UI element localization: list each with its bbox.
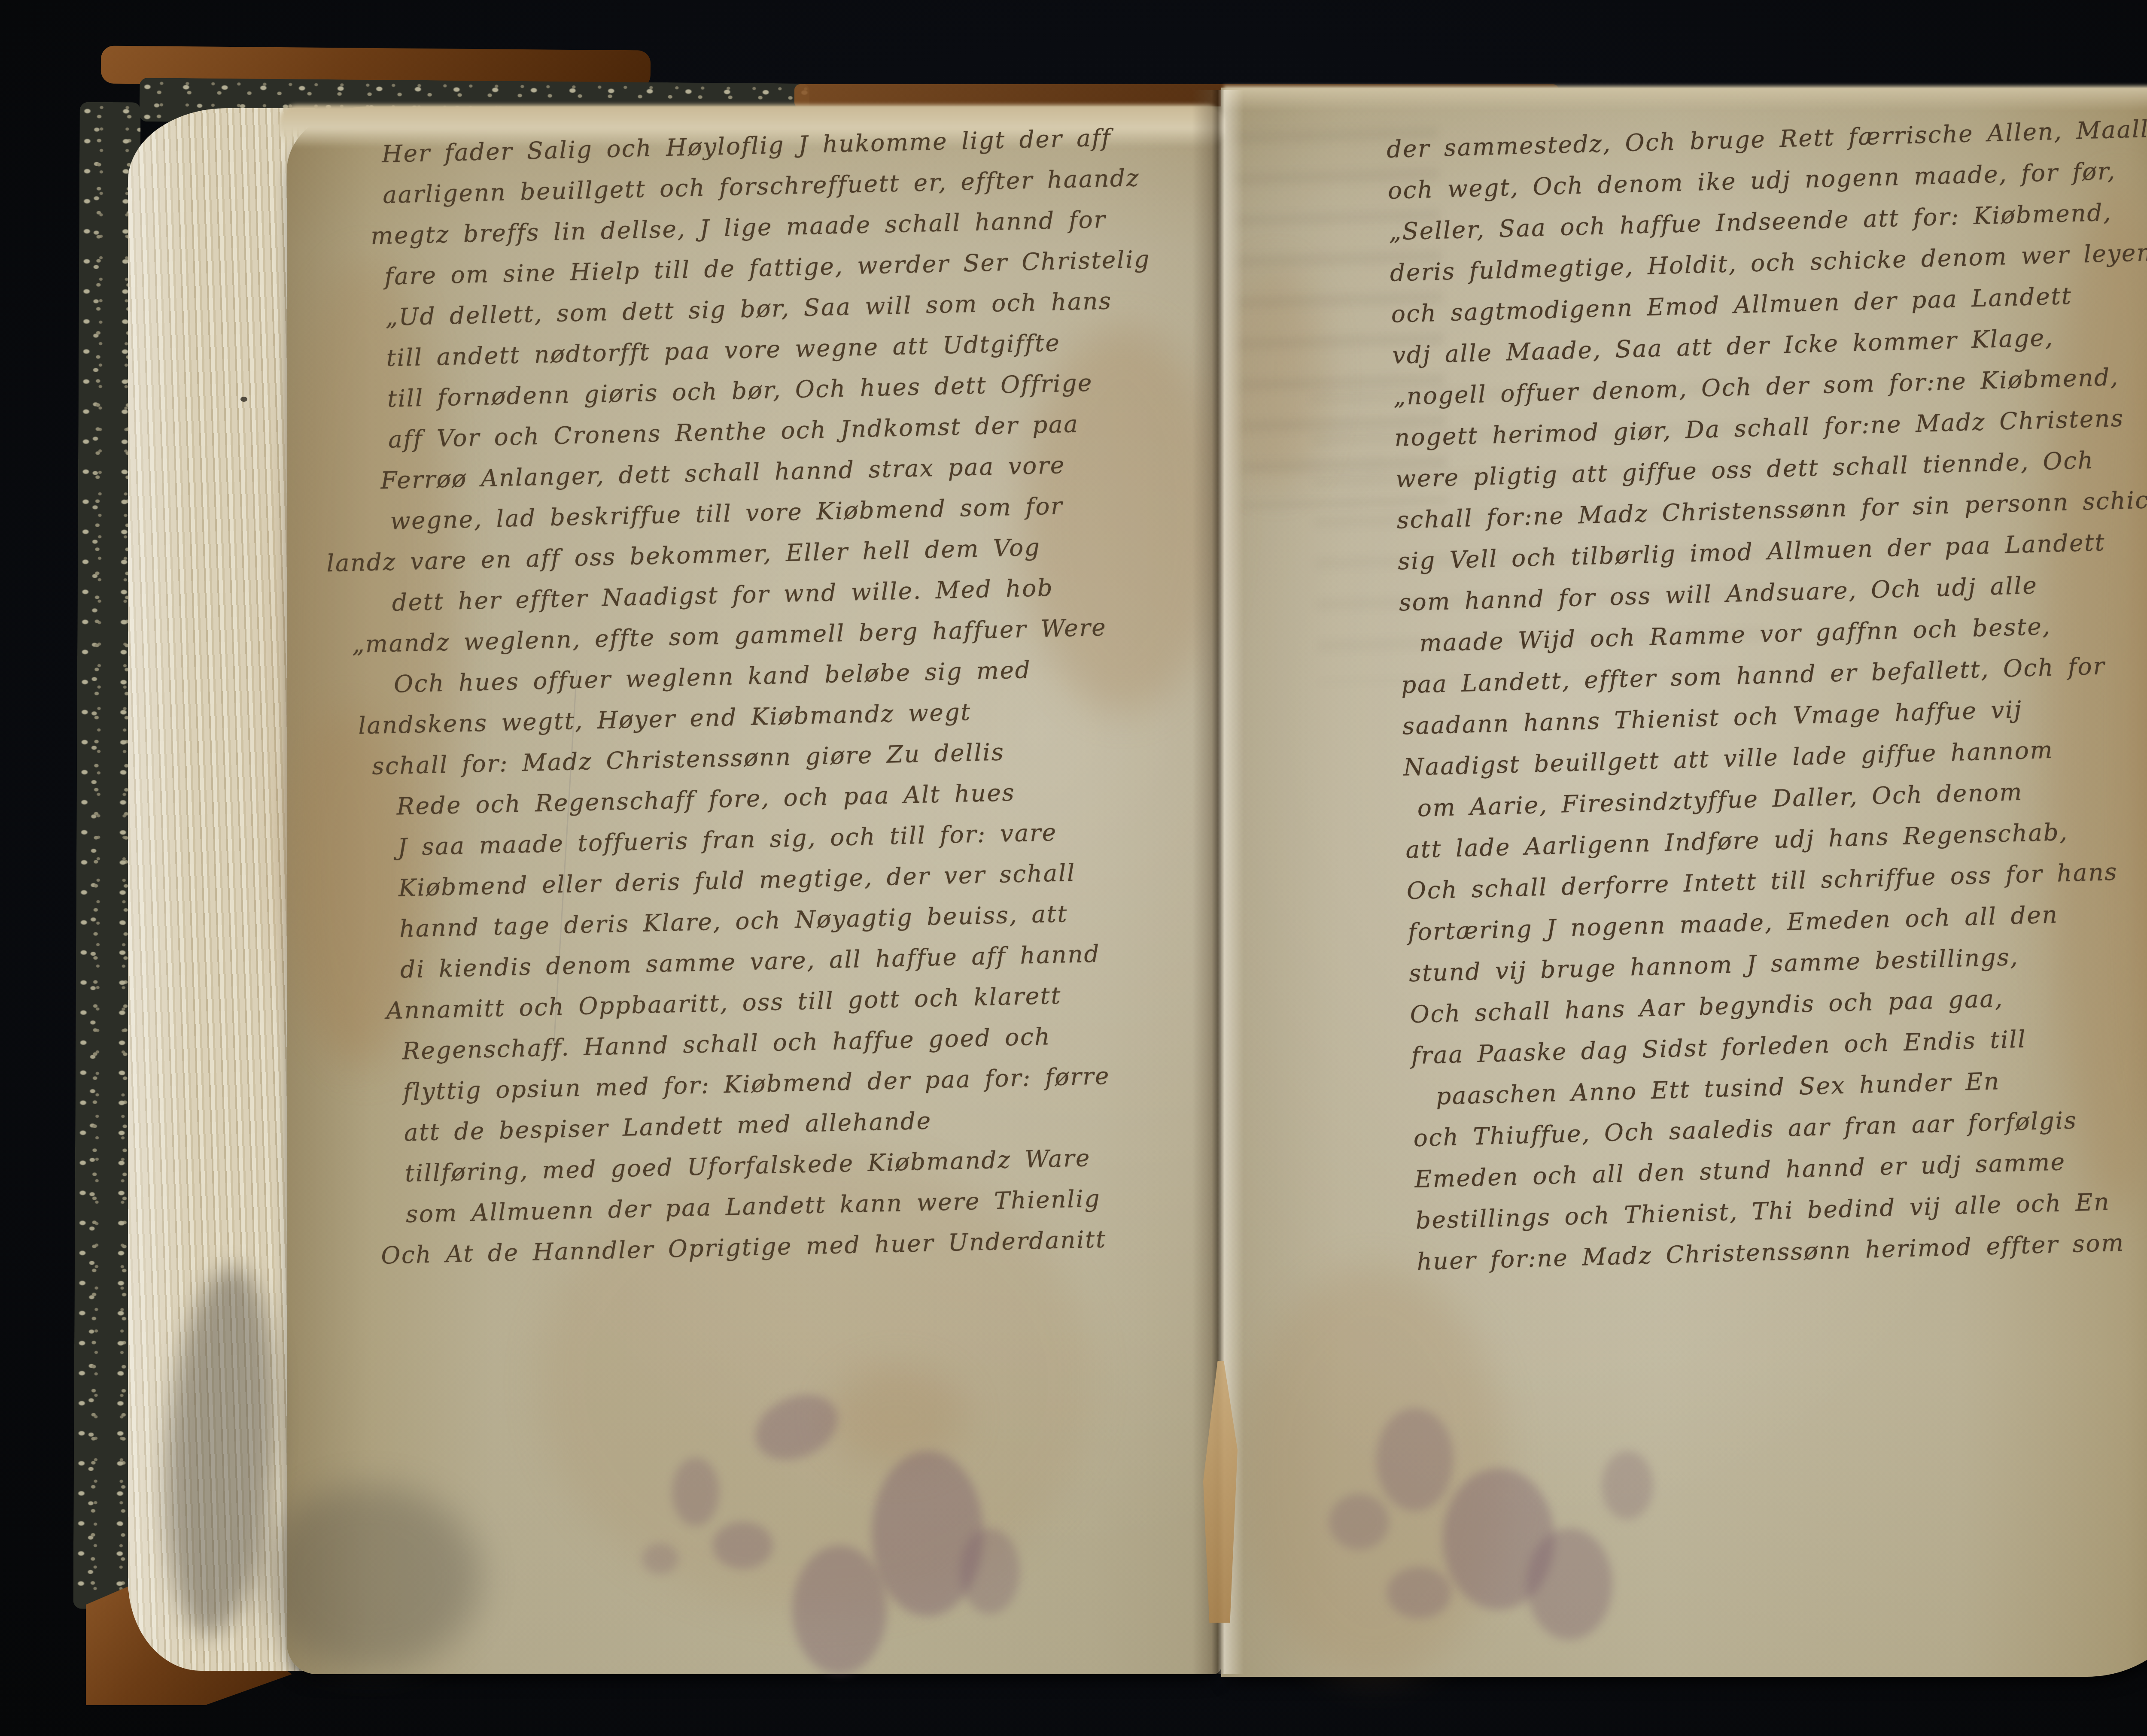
deckle-edge-top-right-page [1224,86,2147,111]
ink-fleck [240,397,247,402]
ink-blot [792,1545,887,1674]
ink-blot [1329,1494,1389,1550]
ink-blot [642,1543,678,1574]
ink-blot [1376,1408,1454,1511]
ink-blot [1387,1567,1451,1618]
ink-blot [672,1457,719,1526]
right-page-text: der sammestedz, Och bruge Rett færrische… [1386,106,2147,1282]
left-page-text: Her fader Salig och Høyloflig J hukomme … [381,115,1266,1276]
ink-blot [960,1528,1020,1614]
photo-backdrop: Her fader Salig och Høyloflig J hukomme … [0,0,2147,1736]
grime-smudge-corner [258,1485,481,1670]
ink-blot [713,1522,773,1569]
ink-blot [1527,1528,1612,1640]
ink-blot [1602,1451,1653,1520]
